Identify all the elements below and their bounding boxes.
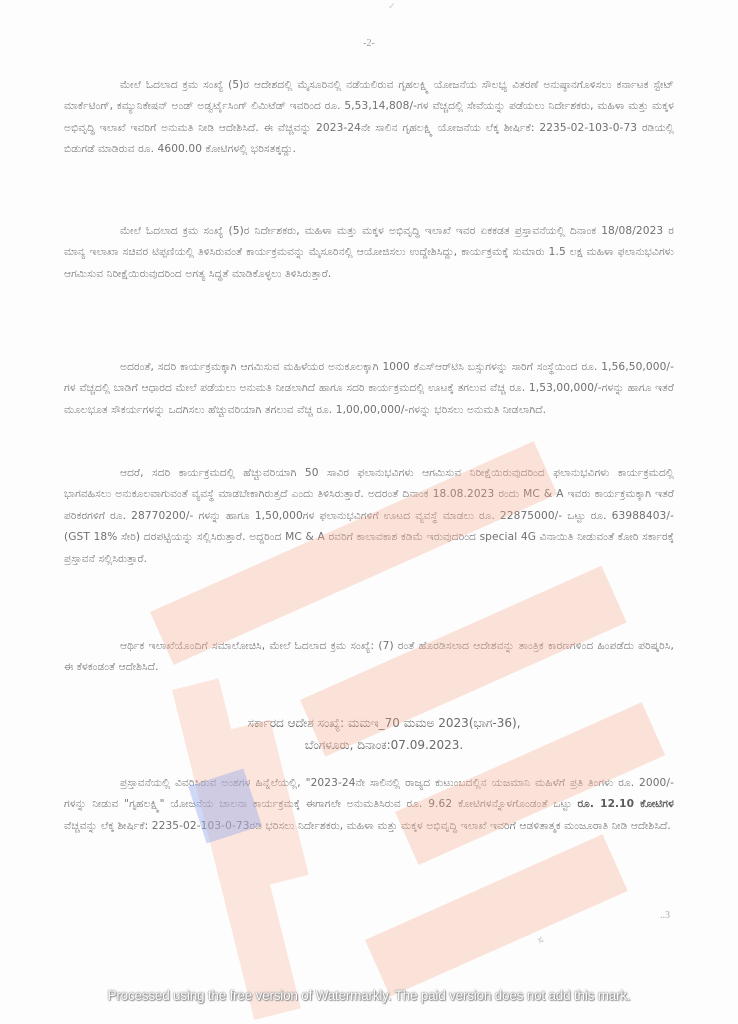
watermark-caption: Processed using the free version of Wate… xyxy=(0,988,738,1003)
paragraph-2: ಮೇಲೆ ಓದಲಾದ ಕ್ರಮ ಸಂಖ್ಯೆ (5)ರ ನಿರ್ದೇಶಕರು, … xyxy=(64,221,674,286)
paragraph-1: ಮೇಲೆ ಓದಲಾದ ಕ್ರಮ ಸಂಖ್ಯೆ (5)ರ ಆದೇಶದಲ್ಲಿ ಮೈ… xyxy=(64,75,674,161)
scanned-document-page: ✓ -2- ಮೇಲೆ ಓದಲಾದ ಕ್ರಮ ಸಂಖ್ಯೆ (5)ರ ಆದೇಶದಲ… xyxy=(0,0,738,1024)
order-number-line: ಸರ್ಕಾರದ ಆದೇಶ ಸಂಖ್ಯೆ: ಮಮಇ_70 ಮಮಅ 2023(ಭಾಗ… xyxy=(30,712,738,734)
order-paragraph: ಪ್ರಸ್ತಾವನೆಯಲ್ಲಿ ವಿವರಿಸಿರುವ ಅಂಶಗಳ ಹಿನ್ನೆಲ… xyxy=(64,773,674,838)
paragraph-5: ಆರ್ಥಿಕ ಇಲಾಖೆಯೊಂದಿಗೆ ಸಮಾಲೋಚಿಸಿ, ಮೇಲೆ ಓದಲಾ… xyxy=(64,636,674,679)
government-order-heading: ಸರ್ಕಾರದ ಆದೇಶ ಸಂಖ್ಯೆ: ಮಮಇ_70 ಮಮಅ 2023(ಭಾಗ… xyxy=(0,712,738,756)
continuation-mark: ..3 xyxy=(660,910,670,921)
order-text-end: ವೆಚ್ಚವನ್ನು ಲೆಕ್ಕ ಶೀರ್ಷಿಕೆ: 2235-02-103-0… xyxy=(64,820,671,832)
order-date-line: ಬೆಂಗಳೂರು, ದಿನಾಂಕ:07.09.2023. xyxy=(30,734,738,756)
order-amount-bold: ರೂ. 12.10 ಕೋಟಿಗಳ xyxy=(577,798,674,810)
paragraph-4: ಆದರೆ, ಸದರಿ ಕಾರ್ಯಕ್ರಮದಲ್ಲಿ ಹೆಚ್ಚುವರಿಯಾಗಿ … xyxy=(64,463,674,571)
top-scan-mark: ✓ xyxy=(388,2,396,12)
paragraph-3: ಅದರಂತೆ, ಸದರಿ ಕಾರ್ಯಕ್ರಮಕ್ಕಾಗಿ ಆಗಮಿಸುವ ಮಹಿ… xyxy=(64,357,674,422)
page-number: -2- xyxy=(0,38,738,49)
signature-mark: ಸ xyxy=(536,934,546,946)
